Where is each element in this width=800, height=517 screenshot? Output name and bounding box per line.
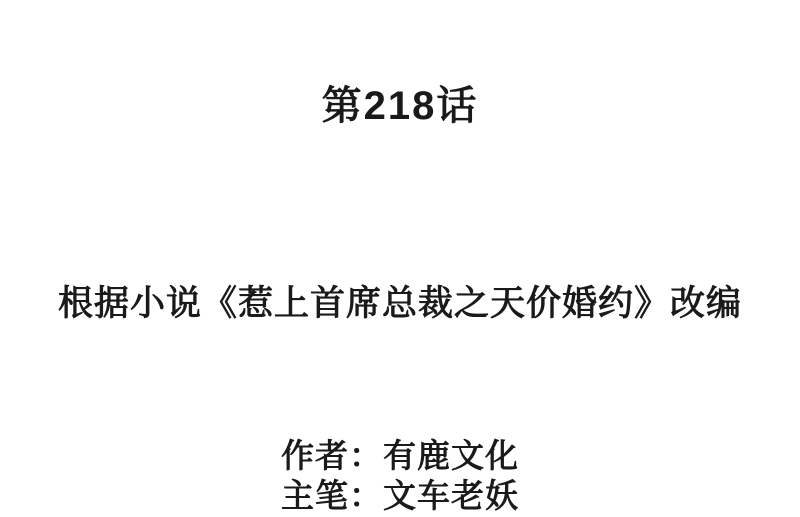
comic-title-page: 第218话 根据小说《惹上首席总裁之天价婚约》改编 作者：有鹿文化 主笔：文车老… — [0, 0, 800, 517]
author-credit: 作者：有鹿文化 — [0, 436, 800, 476]
chapter-title: 第218话 — [0, 84, 800, 128]
artist-credit: 主笔：文车老妖 — [0, 476, 800, 516]
adaptation-note: 根据小说《惹上首席总裁之天价婚约》改编 — [0, 284, 800, 324]
credits-block: 作者：有鹿文化 主笔：文车老妖 — [0, 436, 800, 516]
